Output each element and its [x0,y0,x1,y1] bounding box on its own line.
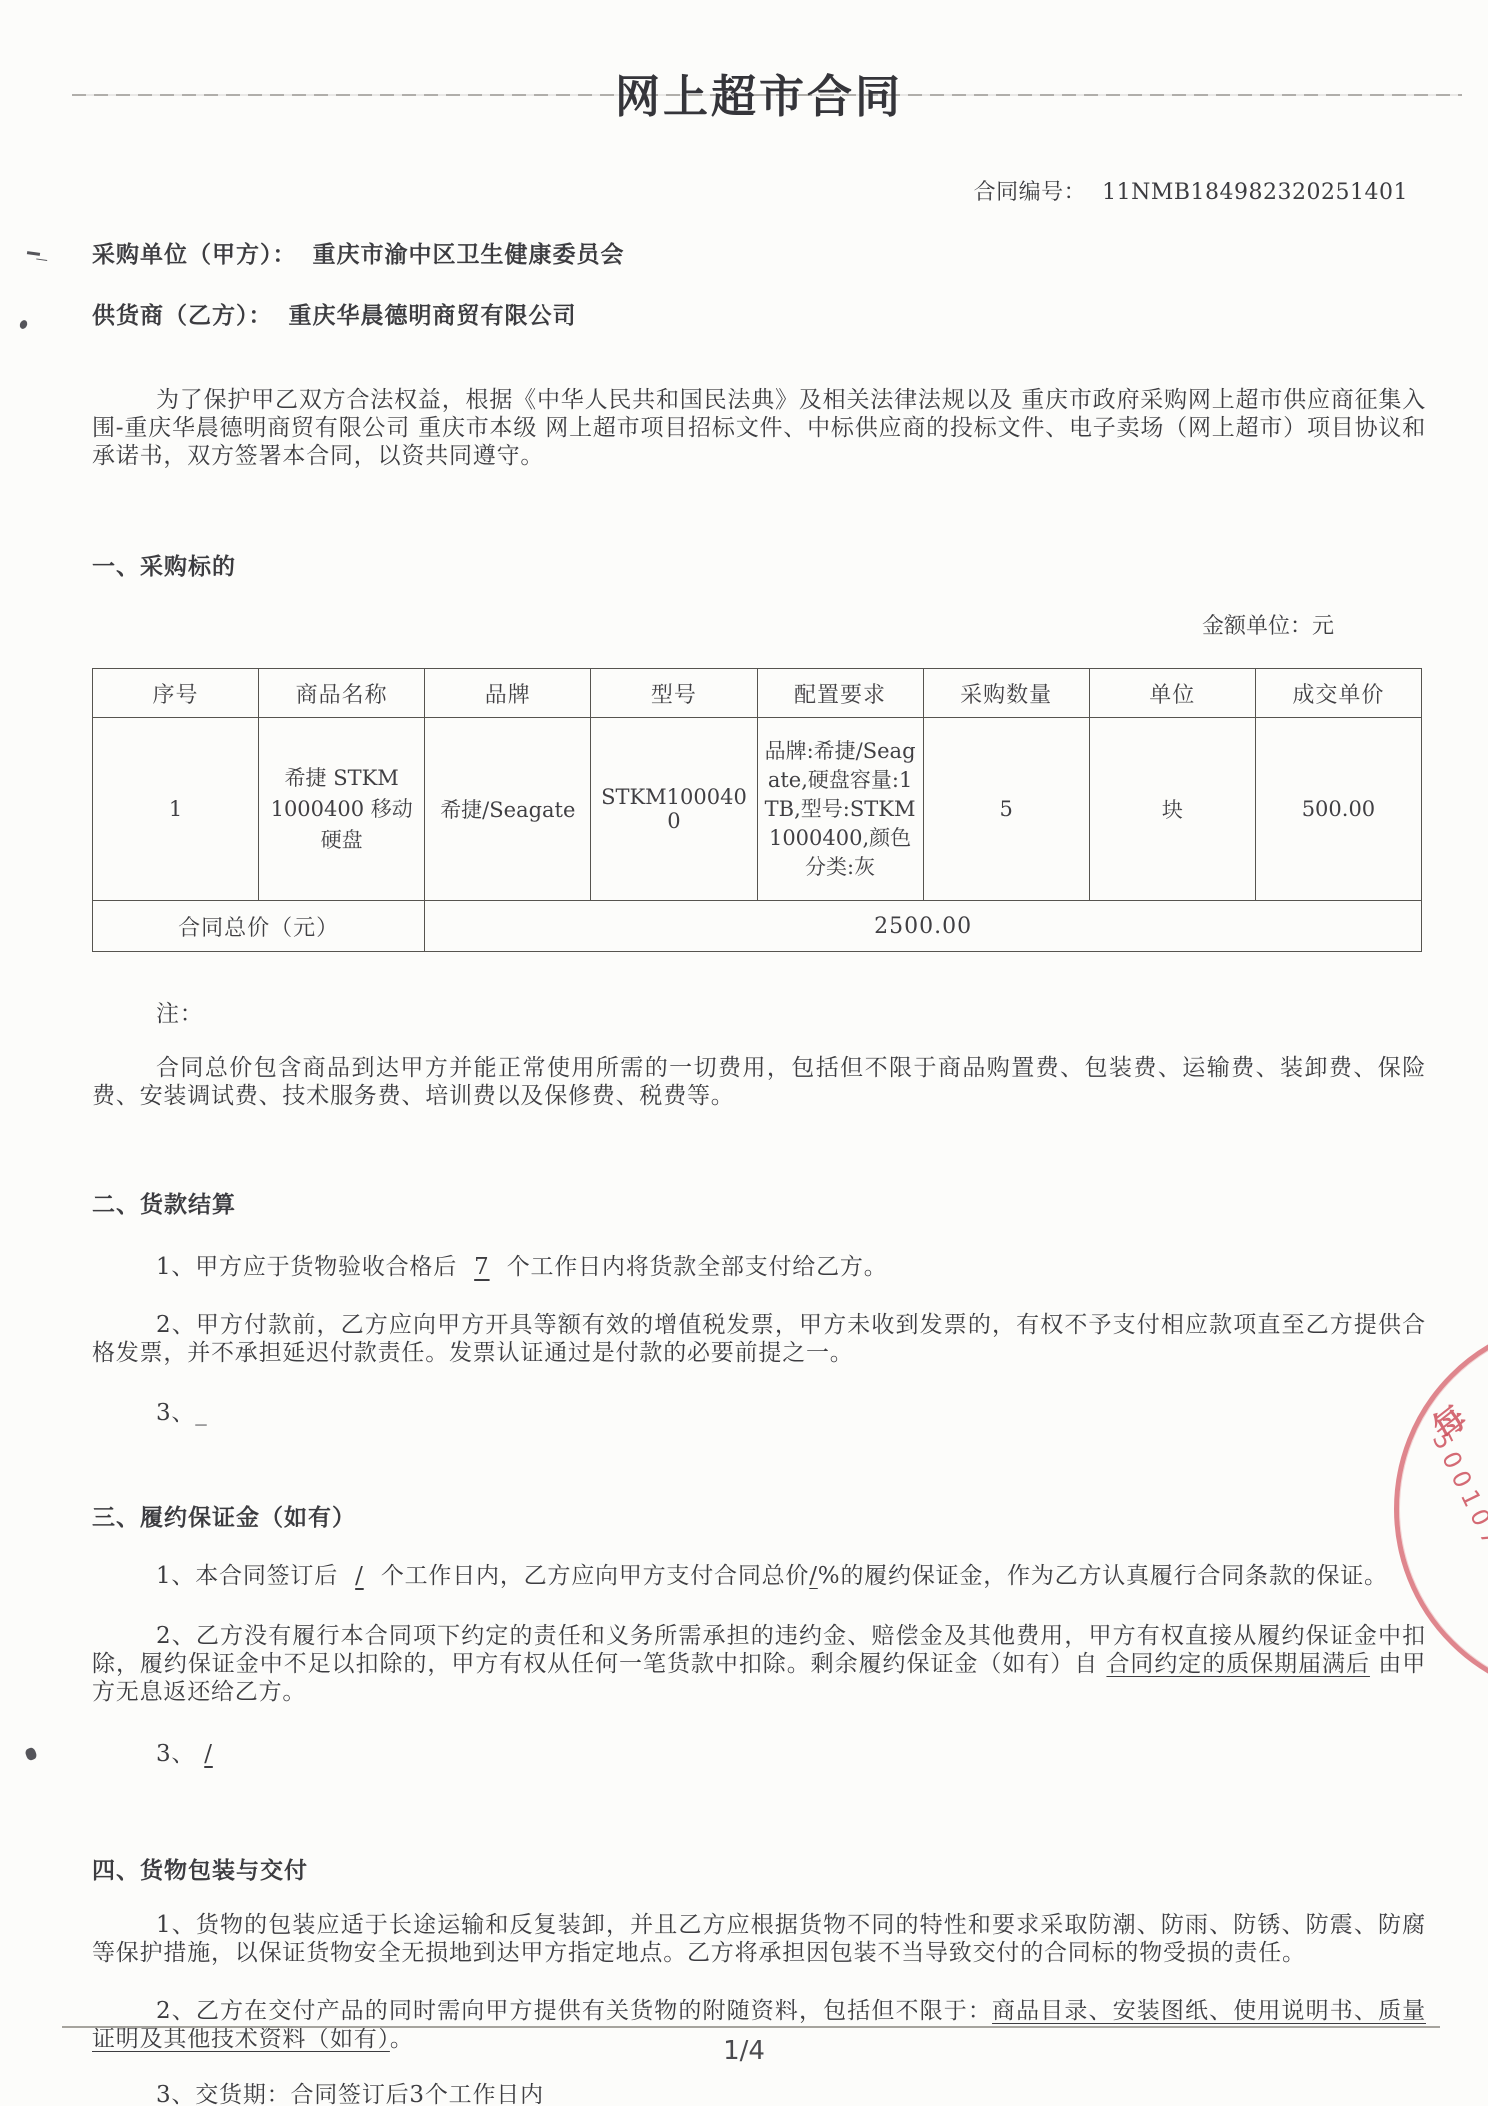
clause-text: %的履约保证金，作为乙方认真履行合同条款的保证。 [818,1563,1388,1589]
page-title: 网上超市合同 [92,60,1426,125]
cell-quantity: 5 [923,718,1089,901]
slash-blank: / [346,1563,373,1589]
section-3-item-2: 2、乙方没有履行本合同项下约定的责任和义务所需承担的违约金、赔偿金及其他费用，甲… [92,1622,1426,1706]
contract-number-value: 11NMB184982320251401 [1102,180,1408,205]
clause-text: 3、交货期： [156,2082,290,2106]
supplier-line: 供货商（乙方）：重庆华晨德明商贸有限公司 [92,297,1426,330]
header-config: 配置要求 [757,669,923,718]
table-row: 1 希捷 STKM 1000400 移动硬盘 希捷/Seagate STKM10… [93,718,1422,901]
clause-text: 个工作日内将货款全部支付给乙方。 [499,1254,888,1280]
slash-blank: / [195,1741,222,1767]
section-4-heading: 四、货物包装与交付 [92,1852,1426,1885]
scan-artifact [18,319,28,330]
header-product-name: 商品名称 [259,669,425,718]
clause-text: 1、甲方应于货物验收合格后 [156,1254,465,1280]
clause-text: 个工作日内，乙方应向甲方支付合同总价 [373,1563,810,1589]
header-seq: 序号 [93,669,259,718]
cell-unit: 块 [1089,718,1255,901]
table-header-row: 序号 商品名称 品牌 型号 配置要求 采购数量 单位 成交单价 [93,669,1422,718]
header-brand: 品牌 [425,669,591,718]
procurement-table: 序号 商品名称 品牌 型号 配置要求 采购数量 单位 成交单价 1 希捷 STK… [92,668,1422,952]
section-2-heading: 二、货款结算 [92,1186,1426,1219]
supplier-label: 供货商（乙方）： [92,302,273,329]
contract-page: 网上超市合同 合同编号：11NMB184982320251401 采购单位（甲方… [0,0,1488,2106]
scan-artifact [27,251,40,256]
cell-config: 品牌:希捷/Seagate,硬盘容量:1TB,型号:STKM1000400,颜色… [757,718,923,901]
clause-text: 1、本合同签订后 [156,1563,346,1589]
contract-total-row: 合同总价（元） 2500.00 [93,901,1422,952]
clause-text: 3、 [156,1741,195,1767]
section-2-item-3: 3、_ [92,1399,1426,1427]
cell-unit-price: 500.00 [1255,718,1421,901]
buyer-label: 采购单位（甲方）： [92,241,297,268]
note-paragraph: 合同总价包含商品到达甲方并能正常使用所需的一切费用，包括但不限于商品购置费、包装… [92,1054,1426,1110]
underlined-term: 合同签订后3个工作日内 [290,2082,543,2106]
cell-brand: 希捷/Seagate [425,718,591,901]
page-number: 1/4 [0,2036,1488,2066]
header-quantity: 采购数量 [923,669,1089,718]
contract-number-label: 合同编号： [974,180,1087,205]
clause-text: 3、 [156,1400,195,1426]
cell-seq: 1 [93,718,259,901]
contract-number-line: 合同编号：11NMB184982320251401 [92,175,1426,206]
intro-paragraph: 为了保护甲乙双方合法权益，根据《中华人民共和国民法典》及相关法律法规以及 重庆市… [92,386,1426,470]
clause-text: 2、乙方在交付产品的同时需向甲方提供有关货物的附随资料，包括但不限于： [156,1998,992,2024]
section-1-heading: 一、采购标的 [92,548,1426,581]
buyer-line: 采购单位（甲方）：重庆市渝中区卫生健康委员会 [92,236,1426,269]
footer-divider [62,2026,1440,2028]
scan-artifact [24,1747,38,1762]
section-3-item-1: 1、本合同签订后 / 个工作日内，乙方应向甲方支付合同总价/%的履约保证金，作为… [92,1562,1426,1590]
section-3-item-3: 3、/ [92,1740,1426,1768]
total-label: 合同总价（元） [93,901,425,952]
filled-blank: 7 [465,1254,498,1280]
buyer-value: 重庆市渝中区卫生健康委员会 [313,241,625,268]
section-2-item-1: 1、甲方应于货物验收合格后 7 个工作日内将货款全部支付给乙方。 [92,1253,1426,1281]
section-4-item-1: 1、货物的包装应适于长途运输和反复装卸，并且乙方应根据货物不同的特性和要求采取防… [92,1911,1426,1967]
header-model: 型号 [591,669,757,718]
underlined-term: 合同约定的质保期届满后 [1106,1651,1370,1677]
slash-blank: / [809,1563,818,1589]
header-unit-price: 成交单价 [1255,669,1421,718]
header-unit: 单位 [1089,669,1255,718]
note-label: 注： [92,1000,1426,1028]
section-4-item-3: 3、交货期：合同签订后3个工作日内 [92,2081,1426,2106]
empty-blank: _ [195,1400,207,1426]
total-value: 2500.00 [425,901,1422,952]
cell-model: STKM1000400 [591,718,757,901]
cell-product-name: 希捷 STKM 1000400 移动硬盘 [259,718,425,901]
section-2-item-2: 2、甲方付款前，乙方应向甲方开具等额有效的增值税发票，甲方未收到发票的，有权不予… [92,1311,1426,1367]
section-3-heading: 三、履约保证金（如有） [92,1499,1426,1532]
amount-unit-note: 金额单位：元 [92,609,1426,640]
supplier-value: 重庆华晨德明商贸有限公司 [289,302,577,329]
